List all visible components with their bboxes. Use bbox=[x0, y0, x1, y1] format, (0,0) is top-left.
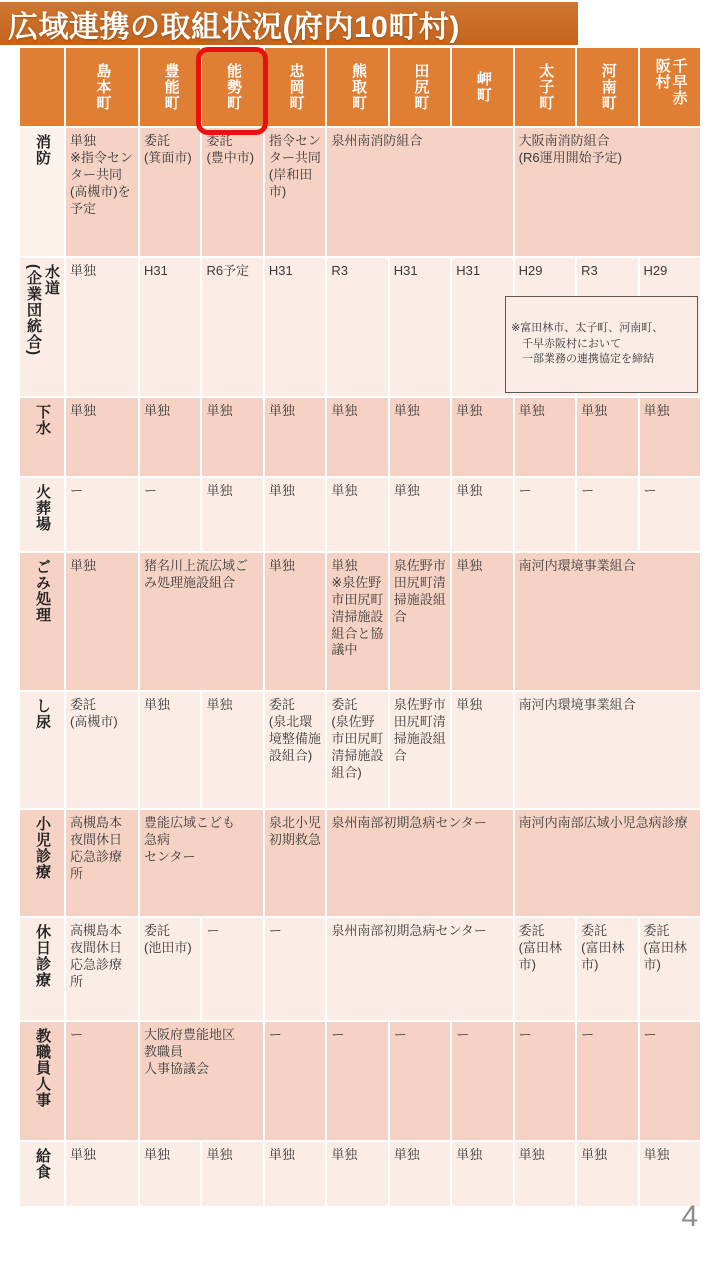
table-cell: R3 bbox=[327, 258, 387, 396]
table-cell: 委託 (泉北環境整備施設組合) bbox=[265, 692, 325, 808]
table-cell: 委託 (高槻市) bbox=[66, 692, 138, 808]
table-cell: 単独 bbox=[202, 398, 262, 476]
table-cell: 単独 bbox=[140, 692, 200, 808]
table-cell: 委託 (池田市) bbox=[140, 918, 200, 1020]
column-header-label: 忠岡町 bbox=[287, 63, 304, 111]
row-category: 教職員人事 bbox=[20, 1022, 64, 1140]
table-cell: 単独 bbox=[390, 1142, 450, 1206]
table-cell: H31 bbox=[265, 258, 325, 396]
table-cell: 単独 bbox=[515, 398, 575, 476]
table-cell: H31 bbox=[140, 258, 200, 396]
row-category-label: 小児診療 bbox=[33, 816, 51, 880]
table-cell: 単独 bbox=[452, 1142, 512, 1206]
table-row: 小児診療高槻島本夜間休日応急診療所豊能広域こども 急病 センター泉北小児初期救急… bbox=[20, 810, 700, 916]
table-cell: 委託 (富田林市) bbox=[515, 918, 575, 1020]
row-category: 休日診療 bbox=[20, 918, 64, 1020]
column-header: 河南町 bbox=[577, 48, 637, 126]
table-cell: 単独 bbox=[327, 398, 387, 476]
row-category-label: 水道 (企業団統合) bbox=[24, 264, 60, 356]
table-cell: ー bbox=[265, 1022, 325, 1140]
table-cell: 豊能広域こども 急病 センター bbox=[140, 810, 263, 916]
table-cell: 単独 bbox=[202, 1142, 262, 1206]
table-cell: 単独 bbox=[390, 398, 450, 476]
table-cell: R6予定 bbox=[202, 258, 262, 396]
table-cell: 単独 bbox=[66, 553, 138, 690]
table-cell: 泉北小児初期救急 bbox=[265, 810, 325, 916]
column-header-label: 河南町 bbox=[599, 63, 616, 111]
slide: 広域連携の取組状況(府内10町村) 島本町豊能町能勢町忠岡町熊取町田尻町岬町太子… bbox=[0, 0, 720, 1280]
page-number: 4 bbox=[681, 1200, 698, 1234]
table-cell: ー bbox=[66, 1022, 138, 1140]
nose-town-highlight-box bbox=[196, 47, 268, 135]
table-cell: ー bbox=[265, 918, 325, 1020]
table-cell: 泉州南消防組合 bbox=[327, 128, 512, 256]
column-header: 田尻町 bbox=[390, 48, 450, 126]
table-cell: 単独 bbox=[452, 553, 512, 690]
table-row: 下水単独単独単独単独単独単独単独単独単独単独 bbox=[20, 398, 700, 476]
table-cell: 単独 bbox=[640, 1142, 700, 1206]
row-category: ごみ処理 bbox=[20, 553, 64, 690]
title-bar: 広域連携の取組状況(府内10町村) bbox=[0, 2, 578, 45]
table-row: 消防単独 ※指令センター共同(高槻市)を予定委託 (箕面市)委託 (豊中市)指令… bbox=[20, 128, 700, 256]
table-cell: ー bbox=[66, 478, 138, 551]
table-cell: 泉佐野市田尻町清掃施設組合 bbox=[390, 553, 450, 690]
row-category-label: 下水 bbox=[33, 404, 51, 436]
table-row: 休日診療高槻島本夜間休日応急診療所委託 (池田市)ーー泉州南部初期急病センター委… bbox=[20, 918, 700, 1020]
table-cell: ー bbox=[515, 1022, 575, 1140]
table-cell: ー bbox=[515, 478, 575, 551]
row-category: 小児診療 bbox=[20, 810, 64, 916]
row-category-label: 休日診療 bbox=[33, 924, 51, 988]
table-cell: 単独 bbox=[265, 553, 325, 690]
table-cell: 委託 (豊中市) bbox=[202, 128, 262, 256]
table-cell: 南河内環境事業組合 bbox=[515, 553, 700, 690]
table-cell: 南河内南部広域小児急病診療 bbox=[515, 810, 700, 916]
table-cell: 単独 ※泉佐野市田尻町清掃施設組合と協議中 bbox=[327, 553, 387, 690]
table-row: 火葬場ーー単独単独単独単独単独ーーー bbox=[20, 478, 700, 551]
table-cell: 単独 bbox=[66, 398, 138, 476]
table-cell: ー bbox=[390, 1022, 450, 1140]
column-header: 豊能町 bbox=[140, 48, 200, 126]
table-cell: 単独 bbox=[577, 398, 637, 476]
table-cell: ー bbox=[452, 1022, 512, 1140]
table-cell: H31 bbox=[452, 258, 512, 396]
row-category: 下水 bbox=[20, 398, 64, 476]
table-cell: 高槻島本夜間休日応急診療所 bbox=[66, 918, 138, 1020]
row-category-label: 火葬場 bbox=[33, 484, 51, 532]
table-cell: 大阪南消防組合 (R6運用開始予定) bbox=[515, 128, 700, 256]
table-cell: 単独 bbox=[327, 1142, 387, 1206]
table-row: 給食単独単独単独単独単独単独単独単独単独単独 bbox=[20, 1142, 700, 1206]
table-cell: 単独 bbox=[140, 398, 200, 476]
corner-cell bbox=[20, 48, 64, 126]
table-cell: 泉州南部初期急病センター bbox=[327, 918, 512, 1020]
table-cell: 単独 bbox=[390, 478, 450, 551]
table-cell: 猪名川上流広域ごみ処理施設組合 bbox=[140, 553, 263, 690]
row-category: し尿 bbox=[20, 692, 64, 808]
water-note: ※富田林市、太子町、河南町、 千早赤阪村において 一部業務の連携協定を締結 bbox=[505, 296, 698, 393]
row-category: 水道 (企業団統合) bbox=[20, 258, 64, 396]
table-cell: ー bbox=[577, 478, 637, 551]
row-category-label: 教職員人事 bbox=[33, 1028, 51, 1108]
table-cell: 単独 bbox=[327, 478, 387, 551]
row-category-label: 給食 bbox=[33, 1148, 51, 1180]
table-cell: 単独 bbox=[452, 398, 512, 476]
table-row: 教職員人事ー大阪府豊能地区 教職員 人事協議会ーーーーーーー bbox=[20, 1022, 700, 1140]
row-category: 消防 bbox=[20, 128, 64, 256]
table-cell: 単独 bbox=[265, 478, 325, 551]
table-cell: 単独 bbox=[452, 478, 512, 551]
table-cell: 委託 (富田林市) bbox=[577, 918, 637, 1020]
table-header-row: 島本町豊能町能勢町忠岡町熊取町田尻町岬町太子町河南町千早赤阪村 bbox=[20, 48, 700, 126]
table-cell: 単独 bbox=[66, 258, 138, 396]
column-header: 熊取町 bbox=[327, 48, 387, 126]
table-cell: 単独 bbox=[577, 1142, 637, 1206]
column-header-label: 島本町 bbox=[94, 63, 111, 111]
page-title: 広域連携の取組状況(府内10町村) bbox=[8, 2, 460, 46]
table-cell: 単独 bbox=[66, 1142, 138, 1206]
column-header: 太子町 bbox=[515, 48, 575, 126]
table-cell: H31 bbox=[390, 258, 450, 396]
table-cell: 単独 bbox=[452, 692, 512, 808]
table-cell: 泉州南部初期急病センター bbox=[327, 810, 512, 916]
table-cell: ー bbox=[577, 1022, 637, 1140]
table-cell: 単独 bbox=[515, 1142, 575, 1206]
table-row: ごみ処理単独猪名川上流広域ごみ処理施設組合単独単独 ※泉佐野市田尻町清掃施設組合… bbox=[20, 553, 700, 690]
row-category: 火葬場 bbox=[20, 478, 64, 551]
table-row: し尿委託 (高槻市)単独単独委託 (泉北環境整備施設組合)委託 (泉佐野市田尻町… bbox=[20, 692, 700, 808]
table-cell: ー bbox=[640, 478, 700, 551]
table-cell: 委託 (箕面市) bbox=[140, 128, 200, 256]
row-category-label: 消防 bbox=[33, 134, 51, 166]
column-header-label: 太子町 bbox=[536, 63, 553, 111]
column-header-label: 千早赤阪村 bbox=[653, 58, 687, 116]
column-header: 忠岡町 bbox=[265, 48, 325, 126]
table-cell: 委託 (富田林市) bbox=[640, 918, 700, 1020]
row-category-label: し尿 bbox=[33, 698, 51, 730]
row-category-label: ごみ処理 bbox=[33, 559, 51, 623]
table-cell: 単独 bbox=[265, 398, 325, 476]
table-cell: ー bbox=[640, 1022, 700, 1140]
column-header: 岬町 bbox=[452, 48, 512, 126]
table-cell: 高槻島本夜間休日応急診療所 bbox=[66, 810, 138, 916]
table-cell: 委託 (泉佐野市田尻町清掃施設組合) bbox=[327, 692, 387, 808]
table-cell: 単独 bbox=[202, 478, 262, 551]
table-cell: 南河内環境事業組合 bbox=[515, 692, 700, 808]
table-cell: ー bbox=[202, 918, 262, 1020]
column-header-label: 熊取町 bbox=[349, 63, 366, 111]
table-cell: 泉佐野市田尻町清掃施設組合 bbox=[390, 692, 450, 808]
table-cell: 単独 ※指令センター共同(高槻市)を予定 bbox=[66, 128, 138, 256]
column-header-label: 岬町 bbox=[474, 71, 491, 103]
column-header: 島本町 bbox=[66, 48, 138, 126]
water-note-text: ※富田林市、太子町、河南町、 千早赤阪村において 一部業務の連携協定を締結 bbox=[511, 321, 663, 367]
table-cell: ー bbox=[327, 1022, 387, 1140]
table-cell: 単独 bbox=[202, 692, 262, 808]
table-cell: 大阪府豊能地区 教職員 人事協議会 bbox=[140, 1022, 263, 1140]
row-category: 給食 bbox=[20, 1142, 64, 1206]
table-cell: 単独 bbox=[140, 1142, 200, 1206]
cooperation-table: 島本町豊能町能勢町忠岡町熊取町田尻町岬町太子町河南町千早赤阪村消防単独 ※指令セ… bbox=[20, 48, 700, 1206]
table-cell: ー bbox=[140, 478, 200, 551]
table-cell: 単独 bbox=[265, 1142, 325, 1206]
table-cell: 指令センター共同 (岸和田市) bbox=[265, 128, 325, 256]
column-header-label: 豊能町 bbox=[162, 63, 179, 111]
table-cell: 単独 bbox=[640, 398, 700, 476]
column-header: 千早赤阪村 bbox=[640, 48, 700, 126]
column-header-label: 田尻町 bbox=[412, 63, 429, 111]
